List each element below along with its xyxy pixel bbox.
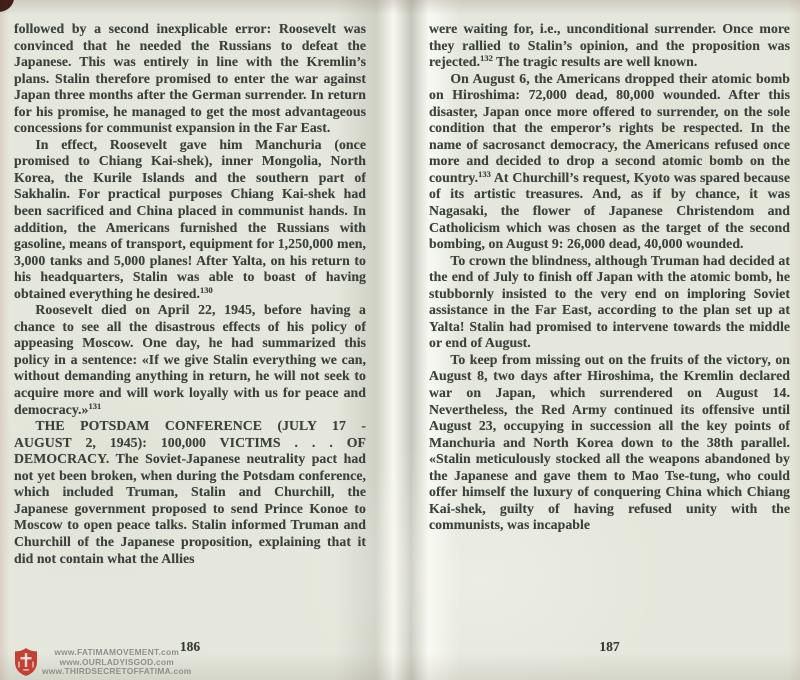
- paragraph: On August 6, the Americans dropped their…: [429, 71, 790, 253]
- paragraph: followed by a second inexplicable error:…: [14, 21, 366, 137]
- paragraph: To crown the blindness, although Truman …: [429, 253, 790, 352]
- paragraph: Roosevelt died on April 22, 1945, before…: [14, 302, 366, 418]
- book-spread: followed by a second inexplicable error:…: [0, 0, 800, 680]
- paragraph: To keep from missing out on the fruits o…: [429, 352, 790, 534]
- watermark: www.FATIMAMOVEMENT.comwww.OURLADYISGOD.c…: [15, 648, 191, 677]
- footnote-reference: 131: [89, 401, 102, 411]
- footnote-reference: 130: [200, 285, 213, 295]
- page-number-right: 187: [429, 639, 790, 655]
- fatima-crest-icon: [15, 648, 37, 676]
- page-left-text: followed by a second inexplicable error:…: [14, 21, 366, 635]
- page-corner-blot: [0, 0, 14, 12]
- page-right-text: were waiting for, i.e., unconditional su…: [429, 21, 790, 635]
- paragraph: In effect, Roosevelt gave him Manchuria …: [14, 137, 366, 302]
- paragraph: THE POTSDAM CONFERENCE (JULY 17 - AUGUST…: [14, 418, 366, 567]
- watermark-links: www.FATIMAMOVEMENT.comwww.OURLADYISGOD.c…: [42, 648, 191, 677]
- footnote-reference: 133: [478, 169, 491, 179]
- footnote-reference: 132: [480, 53, 493, 63]
- watermark-url: www.THIRDSECRETOFFATIMA.com: [42, 667, 191, 677]
- paragraph: were waiting for, i.e., unconditional su…: [429, 21, 790, 71]
